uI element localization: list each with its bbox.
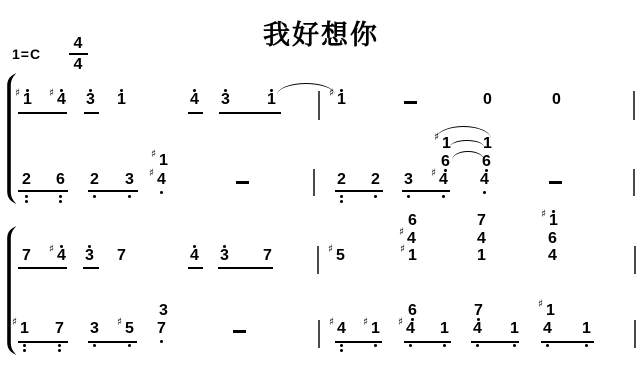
- note: 1: [440, 322, 449, 336]
- note-digit: 1: [337, 91, 346, 108]
- beam-line: [188, 267, 203, 269]
- duration-dash: [233, 330, 246, 333]
- beam-line: [219, 112, 281, 114]
- sharp-sign: ♯: [151, 147, 156, 161]
- note: 6: [548, 232, 557, 246]
- note-digit: 4: [477, 230, 486, 247]
- sharp-sign: ♯: [117, 315, 122, 329]
- octave-dot: [23, 344, 26, 347]
- octave-dot: [476, 344, 479, 347]
- octave-dot: [193, 245, 196, 248]
- octave-dot: [224, 89, 227, 92]
- note-digit: 3: [159, 302, 168, 319]
- octave-dot: [374, 344, 377, 347]
- octave-dot: [128, 195, 131, 198]
- duration-dash: [236, 181, 249, 184]
- staff-upper: 7♯437437♯5♯1♯4614746♯1: [0, 0, 642, 368]
- sharp-sign: ♯: [431, 166, 436, 180]
- note: ♯5: [125, 322, 134, 336]
- note: 1: [582, 322, 591, 336]
- note-digit: 3: [220, 247, 229, 264]
- note-digit: 1: [549, 212, 558, 229]
- note-digit: 4: [57, 247, 66, 264]
- note: 2: [22, 173, 31, 187]
- sharp-sign: ♯: [49, 86, 54, 100]
- note-digit: 1: [20, 320, 29, 337]
- note: 2: [337, 173, 346, 187]
- beam-line: [84, 112, 99, 114]
- sharp-sign: ♯: [329, 315, 334, 329]
- note: 3: [221, 93, 230, 107]
- note: 1: [117, 93, 126, 107]
- note: 6: [408, 304, 417, 318]
- note-digit: 4: [407, 230, 416, 247]
- note-digit: 1: [23, 91, 32, 108]
- rest-note: 0: [552, 93, 561, 107]
- note: ♯4: [439, 173, 448, 187]
- staff-upper: ♯1♯431431♯100: [0, 0, 642, 368]
- system-bracket: [2, 73, 17, 204]
- octave-dot: [374, 195, 377, 198]
- note: 3: [404, 173, 413, 187]
- beam-line: [188, 112, 203, 114]
- sharp-sign: ♯: [541, 207, 546, 221]
- note-digit: 0: [483, 91, 492, 108]
- duration-dash: [549, 181, 562, 184]
- note: 3: [85, 249, 94, 263]
- note: ♯1: [408, 249, 417, 263]
- octave-dot: [513, 344, 516, 347]
- sharp-sign: ♯: [538, 297, 543, 311]
- tie-arc: [450, 140, 484, 147]
- note-digit: 7: [477, 212, 486, 229]
- note: 2: [90, 173, 99, 187]
- sharp-sign: ♯: [12, 315, 17, 329]
- octave-dot: [120, 89, 123, 92]
- octave-dot: [477, 318, 480, 321]
- note: ♯4: [57, 249, 66, 263]
- sharp-sign: ♯: [329, 86, 334, 100]
- note-digit: 1: [267, 91, 276, 108]
- barline: [313, 169, 315, 196]
- note: 7: [477, 214, 486, 228]
- beam-line: [471, 341, 519, 343]
- staff-lower: ♯173♯573♯4♯1♯4614714♯11: [0, 0, 642, 368]
- note: 4: [480, 173, 489, 187]
- note-digit: 2: [90, 171, 99, 188]
- note-digit: 5: [125, 320, 134, 337]
- note: 4: [477, 232, 486, 246]
- note-digit: 7: [22, 247, 31, 264]
- octave-dot: [26, 89, 29, 92]
- sharp-sign: ♯: [434, 130, 439, 144]
- note-digit: 1: [477, 247, 486, 264]
- note-digit: 3: [85, 247, 94, 264]
- note-digit: 6: [408, 212, 417, 229]
- barline: [318, 320, 320, 348]
- beam-line: [335, 190, 383, 192]
- barline: [318, 91, 320, 120]
- beam-line: [88, 341, 137, 343]
- note: ♯1: [442, 137, 451, 151]
- note: 6: [408, 214, 417, 228]
- tie-arc: [452, 151, 484, 160]
- note-digit: 4: [473, 320, 482, 337]
- note: ♯4: [406, 322, 415, 336]
- note: ♯4: [157, 173, 166, 187]
- beam-line: [402, 190, 450, 192]
- beam-line: [88, 190, 138, 192]
- note: ♯1: [337, 93, 346, 107]
- note-digit: 5: [336, 247, 345, 264]
- note: 1: [267, 93, 276, 107]
- beam-line: [18, 190, 68, 192]
- note-digit: 1: [442, 135, 451, 152]
- note: ♯1: [546, 304, 555, 318]
- sharp-sign: ♯: [49, 242, 54, 256]
- barline: [634, 320, 636, 348]
- note: 7: [55, 322, 64, 336]
- beam-line: [335, 341, 382, 343]
- note-digit: 7: [263, 247, 272, 264]
- score-canvas: ♯1♯431431♯1002623♯4♯1223♯46♯14617♯437437…: [0, 0, 642, 368]
- note-digit: 6: [408, 302, 417, 319]
- octave-dot: [25, 200, 28, 203]
- octave-dot: [223, 245, 226, 248]
- staff-lower: 2623♯4♯1223♯46♯1461: [0, 0, 642, 368]
- beam-line: [18, 267, 67, 269]
- octave-dot: [340, 344, 343, 347]
- note: 7: [117, 249, 126, 263]
- note-digit: 2: [22, 171, 31, 188]
- octave-dot: [485, 169, 488, 172]
- octave-dot: [340, 195, 343, 198]
- note-digit: 7: [117, 247, 126, 264]
- note: 4: [548, 249, 557, 263]
- note: 1: [477, 249, 486, 263]
- note-digit: 7: [474, 302, 483, 319]
- note-digit: 3: [125, 171, 134, 188]
- note: ♯4: [407, 232, 416, 246]
- note-digit: 7: [157, 320, 166, 337]
- sharp-sign: ♯: [15, 86, 20, 100]
- sharp-sign: ♯: [398, 315, 403, 329]
- sheet-music-page: 我好想你 1=C 4 4 ♯1♯431431♯1002623♯4♯1223♯46…: [0, 0, 642, 368]
- note-digit: 1: [582, 320, 591, 337]
- octave-dot: [552, 210, 555, 213]
- beam-line: [83, 267, 99, 269]
- note-digit: 4: [406, 320, 415, 337]
- octave-dot: [546, 344, 549, 347]
- octave-dot: [270, 89, 273, 92]
- barline: [634, 246, 636, 274]
- note-digit: 7: [55, 320, 64, 337]
- note: 4: [190, 93, 199, 107]
- beam-line: [18, 112, 67, 114]
- beam-line: [218, 267, 273, 269]
- note: ♯1: [23, 93, 32, 107]
- note: 3: [86, 93, 95, 107]
- note: 7: [263, 249, 272, 263]
- note: 6: [482, 155, 491, 169]
- beam-line: [541, 341, 594, 343]
- octave-dot: [60, 245, 63, 248]
- note-digit: 4: [480, 171, 489, 188]
- note: ♯4: [57, 93, 66, 107]
- sharp-sign: ♯: [400, 242, 405, 256]
- note: 7: [157, 322, 166, 336]
- octave-dot: [444, 169, 447, 172]
- octave-dot: [160, 191, 163, 194]
- octave-dot: [340, 200, 343, 203]
- note: 4: [190, 249, 199, 263]
- note: 6: [441, 155, 450, 169]
- note-digit: 0: [552, 91, 561, 108]
- octave-dot: [193, 89, 196, 92]
- octave-dot: [340, 349, 343, 352]
- note-digit: 1: [117, 91, 126, 108]
- note-digit: 1: [510, 320, 519, 337]
- note-digit: 4: [190, 247, 199, 264]
- note-digit: 2: [371, 171, 380, 188]
- octave-dot: [60, 89, 63, 92]
- octave-dot: [59, 200, 62, 203]
- tie-arc: [436, 126, 491, 139]
- note: 3: [220, 249, 229, 263]
- octave-dot: [93, 195, 96, 198]
- beam-line: [18, 341, 68, 343]
- note-digit: 4: [439, 171, 448, 188]
- note-digit: 4: [157, 171, 166, 188]
- note: 4: [473, 322, 482, 336]
- sharp-sign: ♯: [149, 166, 154, 180]
- note-digit: 4: [543, 320, 552, 337]
- note-digit: 1: [408, 247, 417, 264]
- octave-dot: [409, 344, 412, 347]
- note-digit: 6: [548, 230, 557, 247]
- note: ♯4: [337, 322, 346, 336]
- octave-dot: [407, 195, 410, 198]
- note: 3: [159, 304, 168, 318]
- octave-dot: [340, 89, 343, 92]
- barline: [633, 169, 635, 196]
- note: ♯1: [549, 214, 558, 228]
- note: 7: [22, 249, 31, 263]
- note: 6: [56, 173, 65, 187]
- octave-dot: [25, 195, 28, 198]
- note-digit: 6: [441, 153, 450, 170]
- note: ♯1: [159, 154, 168, 168]
- octave-dot: [93, 344, 96, 347]
- sharp-sign: ♯: [328, 242, 333, 256]
- octave-dot: [59, 195, 62, 198]
- barline: [317, 246, 319, 274]
- note: 2: [371, 173, 380, 187]
- note-digit: 3: [90, 320, 99, 337]
- note-digit: 1: [440, 320, 449, 337]
- note-digit: 2: [337, 171, 346, 188]
- note-digit: 3: [86, 91, 95, 108]
- octave-dot: [58, 349, 61, 352]
- octave-dot: [443, 344, 446, 347]
- sharp-sign: ♯: [363, 315, 368, 329]
- note: 1: [510, 322, 519, 336]
- octave-dot: [483, 191, 486, 194]
- note-digit: 3: [221, 91, 230, 108]
- system-1: ♯1♯431431♯1002623♯4♯1223♯46♯1461: [0, 0, 642, 368]
- note-digit: 1: [371, 320, 380, 337]
- note-digit: 6: [56, 171, 65, 188]
- note-digit: 4: [57, 91, 66, 108]
- octave-dot: [88, 245, 91, 248]
- barline: [633, 91, 635, 120]
- note-digit: 1: [159, 152, 168, 169]
- rest-note: 0: [483, 93, 492, 107]
- octave-dot: [442, 195, 445, 198]
- beam-line: [404, 341, 451, 343]
- note-digit: 4: [337, 320, 346, 337]
- octave-dot: [411, 318, 414, 321]
- note: 3: [125, 173, 134, 187]
- note-digit: 4: [190, 91, 199, 108]
- system-2: 7♯437437♯5♯1♯4614746♯1♯173♯573♯4♯1♯46147…: [0, 0, 642, 368]
- note: 4: [543, 322, 552, 336]
- tie-arc: [277, 83, 335, 95]
- note-digit: 1: [483, 135, 492, 152]
- octave-dot: [58, 344, 61, 347]
- duration-dash: [404, 101, 417, 104]
- octave-dot: [128, 344, 131, 347]
- note-digit: 1: [546, 302, 555, 319]
- note: ♯1: [371, 322, 380, 336]
- note: ♯1: [20, 322, 29, 336]
- note: ♯5: [336, 249, 345, 263]
- system-bracket: [2, 226, 17, 355]
- note-digit: 3: [404, 171, 413, 188]
- note-digit: 6: [482, 153, 491, 170]
- octave-dot: [89, 89, 92, 92]
- octave-dot: [160, 340, 163, 343]
- note-digit: 4: [548, 247, 557, 264]
- sharp-sign: ♯: [399, 225, 404, 239]
- note: 3: [90, 322, 99, 336]
- octave-dot: [23, 349, 26, 352]
- octave-dot: [585, 344, 588, 347]
- note: 7: [474, 304, 483, 318]
- note: 1: [483, 137, 492, 151]
